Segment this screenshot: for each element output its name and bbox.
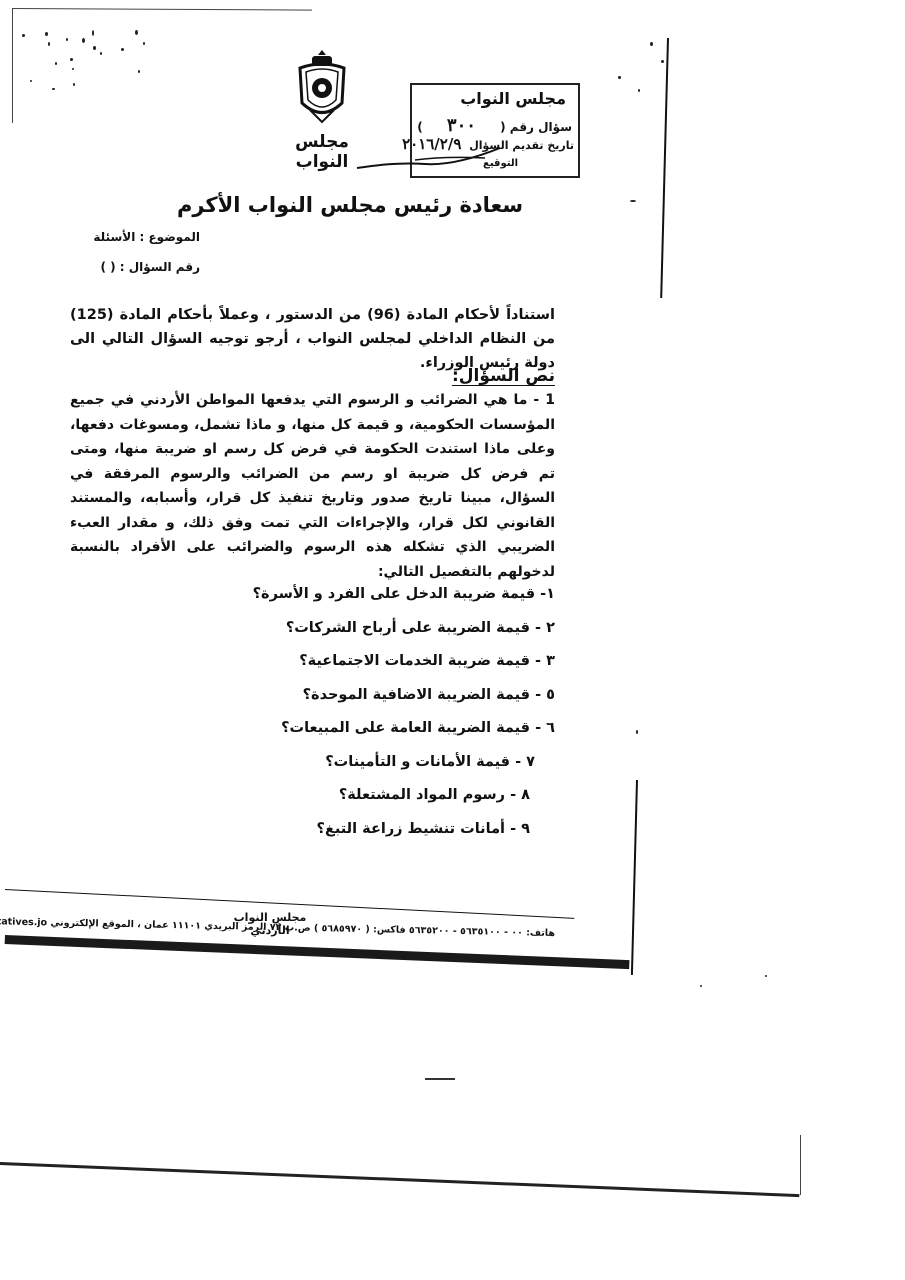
list-item: ١- قيمة ضريبة الدخل على الفرد و الأسرة؟ [270,578,555,612]
page-bottom-corner [800,1135,801,1195]
footer-bar [5,935,630,969]
list-item: ٧ - قيمة الأمانات و التأمينات؟ [270,746,555,780]
page-border-left [12,8,13,123]
list-item: ٣ - قيمة ضريبة الخدمات الاجتماعية؟ [270,645,555,679]
page-border-right-lower [631,780,638,975]
intro-paragraph: استناداً لأحكام المادة (96) من الدستور ،… [70,303,555,375]
question-body: 1 - ما هي الضرائب و الرسوم التي يدفعها ا… [70,388,555,584]
question-heading: نص السؤال: [420,366,555,386]
stamp-question-number: سؤال رقم ( ٣٠٠ ) [417,115,572,136]
tax-items-list: ١- قيمة ضريبة الدخل على الفرد و الأسرة؟ … [270,578,555,846]
page-bottom-edge [0,1162,799,1197]
stamp-title: مجلس النواب [460,89,566,108]
document-title: سعادة رئيس مجلس النواب الأكرم [150,193,550,217]
page-border-right [660,38,669,298]
subject-label: الموضوع : الأسئلة [40,230,200,244]
question-number-label: رقم السؤال : ( ) [40,260,200,274]
list-item: ٩ - أمانات تنشيط زراعة التبغ؟ [270,813,555,847]
signature-stroke [355,140,505,180]
page-border-top-left [12,8,312,11]
stamp-question-number-value: ٣٠٠ [447,115,476,136]
list-item: ٦ - قيمة الضريبة العامة على المبيعات؟ [270,712,555,746]
page-mark [425,1078,455,1080]
emblem-label: مجلس النواب [282,132,362,172]
list-item: ٢ - قيمة الضريبة على أرباح الشركات؟ [270,612,555,646]
list-item: ٥ - قيمة الضريبة الاضافية الموحدة؟ [270,679,555,713]
coat-of-arms-icon [292,48,352,126]
list-item: ٨ - رسوم المواد المشتعلة؟ [270,779,555,813]
